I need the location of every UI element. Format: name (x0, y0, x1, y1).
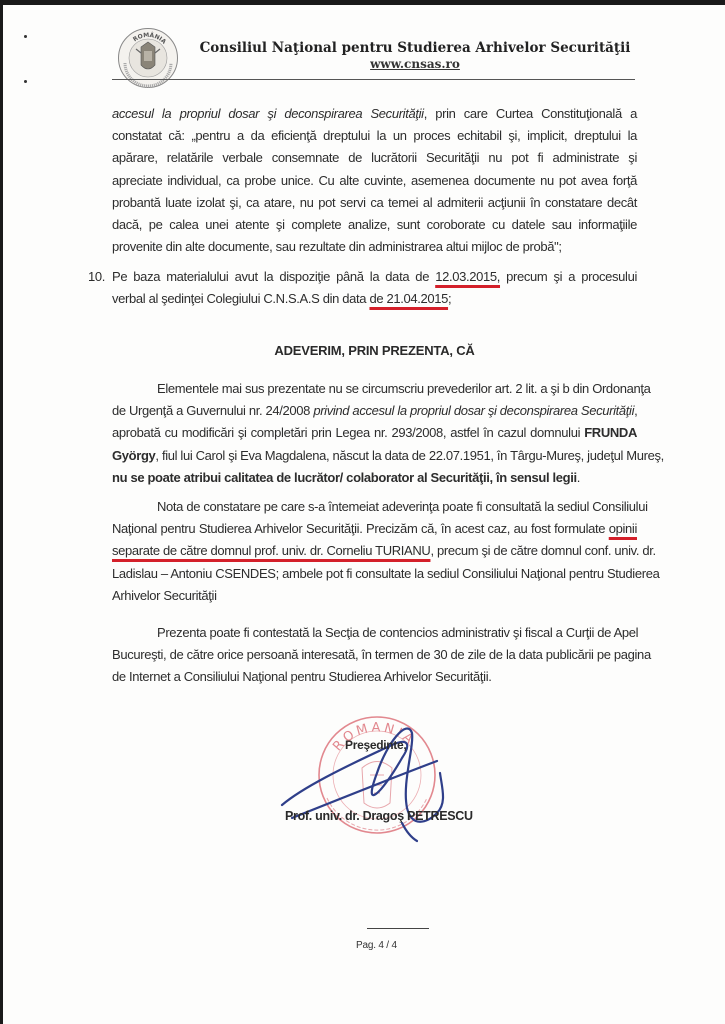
text-segment: , (634, 403, 637, 418)
text-line: apărare, relatările verbale consemnate d… (112, 147, 637, 169)
text-segment: Naţional pentru Studierea Arhivelor Secu… (112, 521, 609, 536)
text-line: Nota de constatare pe care s-a întemeiat… (112, 496, 637, 518)
verdict-statement: nu se poate atribui calitatea de lucrăto… (112, 470, 577, 485)
text-segment: Pe baza materialului avut la dispoziţie … (112, 269, 435, 284)
text-line: apreciate individual, ca probe unice. Cu… (112, 170, 637, 192)
section-heading: ADEVERIM, PRIN PREZENTA, CĂ (112, 343, 637, 358)
scan-speck (24, 35, 27, 38)
text-line: Bucureşti, de către orice persoană inter… (112, 644, 637, 666)
law-title: accesul la propriul dosar şi deconspirar… (112, 106, 424, 121)
note-paragraph: Nota de constatare pe care s-a întemeiat… (112, 496, 637, 607)
text-segment: , fiul lui Carol şi Eva Magdalena, născu… (155, 448, 663, 463)
highlighted-date-2: de 21.04.2015 (369, 291, 448, 306)
subject-surname: FRUNDA (584, 425, 637, 440)
website-link[interactable]: www.cnsas.ro (370, 57, 460, 71)
scan-speck (24, 80, 27, 83)
text-line: Ladislau – Antoniu CSENDES; ambele pot f… (112, 563, 637, 585)
text-line: constatat că: „pentru a da eficienţă dre… (112, 125, 637, 147)
highlighted-phrase: separate de către domnul prof. univ. dr.… (112, 543, 430, 558)
text-line: Prezenta poate fi contestată la Secţia d… (112, 622, 637, 644)
highlighted-date-1: 12.03.2015, (435, 269, 500, 284)
signatory-name: Prof. univ. dr. Dragoş PETRESCU (285, 809, 473, 823)
official-stamp-and-signature: ROMANIA (262, 713, 502, 843)
text-line: provenite din alte documente, sau rezult… (112, 236, 637, 258)
signatory-role: Preşedinte, (345, 738, 406, 752)
text-segment: ; (448, 291, 451, 306)
header-divider (112, 79, 635, 80)
subject-firstname: György (112, 448, 155, 463)
text-segment: . (577, 470, 580, 485)
text-segment: , prin care Curtea Constituţională a (424, 106, 637, 121)
highlighted-phrase: opinii (609, 521, 637, 536)
text-line: dacă, pe calea unei atente şi complete a… (112, 214, 637, 236)
text-segment: , precum şi de către domnul conf. univ. … (430, 543, 655, 558)
text-segment: aprobată cu modificări şi completări pri… (112, 425, 584, 440)
appeal-paragraph: Prezenta poate fi contestată la Secţia d… (112, 622, 637, 689)
text-segment: de Urgenţă a Guvernului nr. 24/2008 (112, 403, 313, 418)
item-number: 10. (88, 269, 105, 284)
continued-paragraph: accesul la propriul dosar şi deconspirar… (112, 103, 637, 258)
law-title: privind accesul la propriul dosar şi dec… (313, 403, 634, 418)
text-line: Arhivelor Securităţii (112, 585, 637, 607)
certification-paragraph: Elementele mai sus prezentate nu se circ… (112, 378, 637, 489)
item-10: Pe baza materialului avut la dispoziţie … (112, 266, 637, 310)
institution-title: Consiliul Naţional pentru Studierea Arhi… (185, 40, 645, 56)
text-line: probantă luate izolat şi, ca atare, nu p… (112, 192, 637, 214)
institution-url[interactable]: www.cnsas.ro (185, 57, 645, 71)
text-line: de Internet a Consiliului Naţional pentr… (112, 666, 637, 688)
text-line: Elementele mai sus prezentate nu se circ… (112, 378, 637, 400)
text-segment: precum şi a procesului (500, 269, 637, 284)
page-number: Pag. 4 / 4 (356, 940, 397, 951)
text-segment: verbal al şedinţei Colegiului C.N.S.A.S … (112, 291, 369, 306)
footer-divider (367, 928, 429, 929)
